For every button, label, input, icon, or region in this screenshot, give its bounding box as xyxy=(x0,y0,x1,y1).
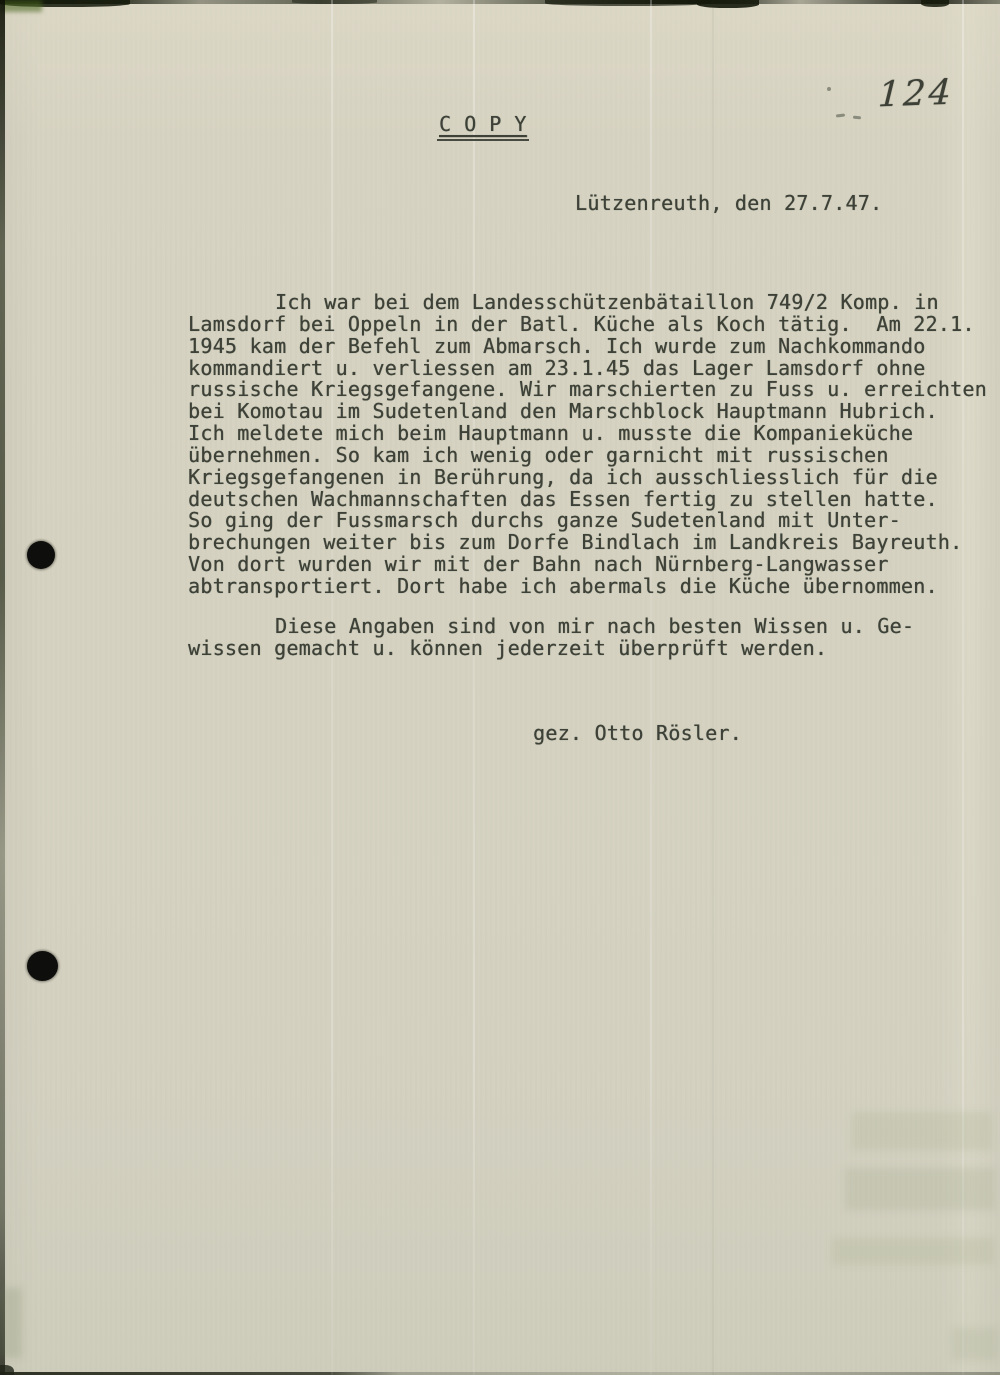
typewritten-line: Kriegsgefangenen in Berührung, da ich au… xyxy=(188,467,987,489)
typewritten-line: brechungen weiter bis zum Dorfe Bindlach… xyxy=(188,532,987,554)
punch-hole xyxy=(27,541,55,569)
scan-edge-top xyxy=(0,0,1000,4)
bleedthrough-mark xyxy=(0,1288,22,1358)
typewritten-line: Von dort wurden wir mit der Bahn nach Nü… xyxy=(188,554,987,576)
scan-edge-blob xyxy=(697,0,759,8)
page-number: 124 xyxy=(877,73,955,116)
bleedthrough-mark xyxy=(832,1238,994,1264)
bleedthrough-mark xyxy=(952,1328,998,1360)
typewritten-line: wissen gemacht u. können jederzeit überp… xyxy=(188,638,914,660)
typewritten-line: bei Komotau im Sudetenland den Marschblo… xyxy=(188,401,987,423)
pencil-speck xyxy=(827,87,831,91)
typewritten-line: russische Kriegsgefangene. Wir marschier… xyxy=(188,379,987,401)
punch-hole xyxy=(27,951,58,981)
body-paragraph-2: Diese Angaben sind von mir nach besten W… xyxy=(188,616,914,660)
typewritten-line: Diese Angaben sind von mir nach besten W… xyxy=(275,616,914,638)
scan-edge-blob xyxy=(921,0,949,7)
copy-heading: C O P Y xyxy=(437,112,529,141)
typewritten-line: abtransportiert. Dort habe ich abermals … xyxy=(188,576,987,598)
bleedthrough-mark xyxy=(852,1112,992,1150)
bleedthrough-mark xyxy=(845,1168,995,1210)
typewritten-line: 1945 kam der Befehl zum Abmarsch. Ich wu… xyxy=(188,336,987,358)
typewritten-line: Ich meldete mich beim Hauptmann u. musst… xyxy=(188,423,987,445)
pencil-speck xyxy=(836,113,845,117)
typewritten-line: Lamsdorf bei Oppeln in der Batl. Küche a… xyxy=(188,314,987,336)
date-line: Lützenreuth, den 27.7.47. xyxy=(575,193,882,215)
scan-edge-blob xyxy=(545,0,710,6)
typewritten-line: deutschen Wachmannschaften das Essen fer… xyxy=(188,489,987,511)
copy-heading-text: C O P Y xyxy=(439,112,527,136)
typewritten-line: So ging der Fussmarsch durchs ganze Sude… xyxy=(188,510,987,532)
signature-line: gez. Otto Rösler. xyxy=(533,723,742,745)
scanned-document-page: 124 C O P Y Lützenreuth, den 27.7.47. Ic… xyxy=(0,0,1000,1375)
pencil-speck xyxy=(853,116,861,120)
typewritten-line: Ich war bei dem Landesschützenbätaillon … xyxy=(275,292,987,314)
typewritten-line: übernehmen. So kam ich wenig oder garnic… xyxy=(188,445,987,467)
scan-edge-blob xyxy=(292,0,377,4)
body-paragraph-1: Ich war bei dem Landesschützenbätaillon … xyxy=(188,292,987,598)
paper-tint xyxy=(0,1090,1000,1375)
scan-edge-green-corner xyxy=(0,0,42,12)
typewritten-line: kommandiert u. verliessen am 23.1.45 das… xyxy=(188,358,987,380)
